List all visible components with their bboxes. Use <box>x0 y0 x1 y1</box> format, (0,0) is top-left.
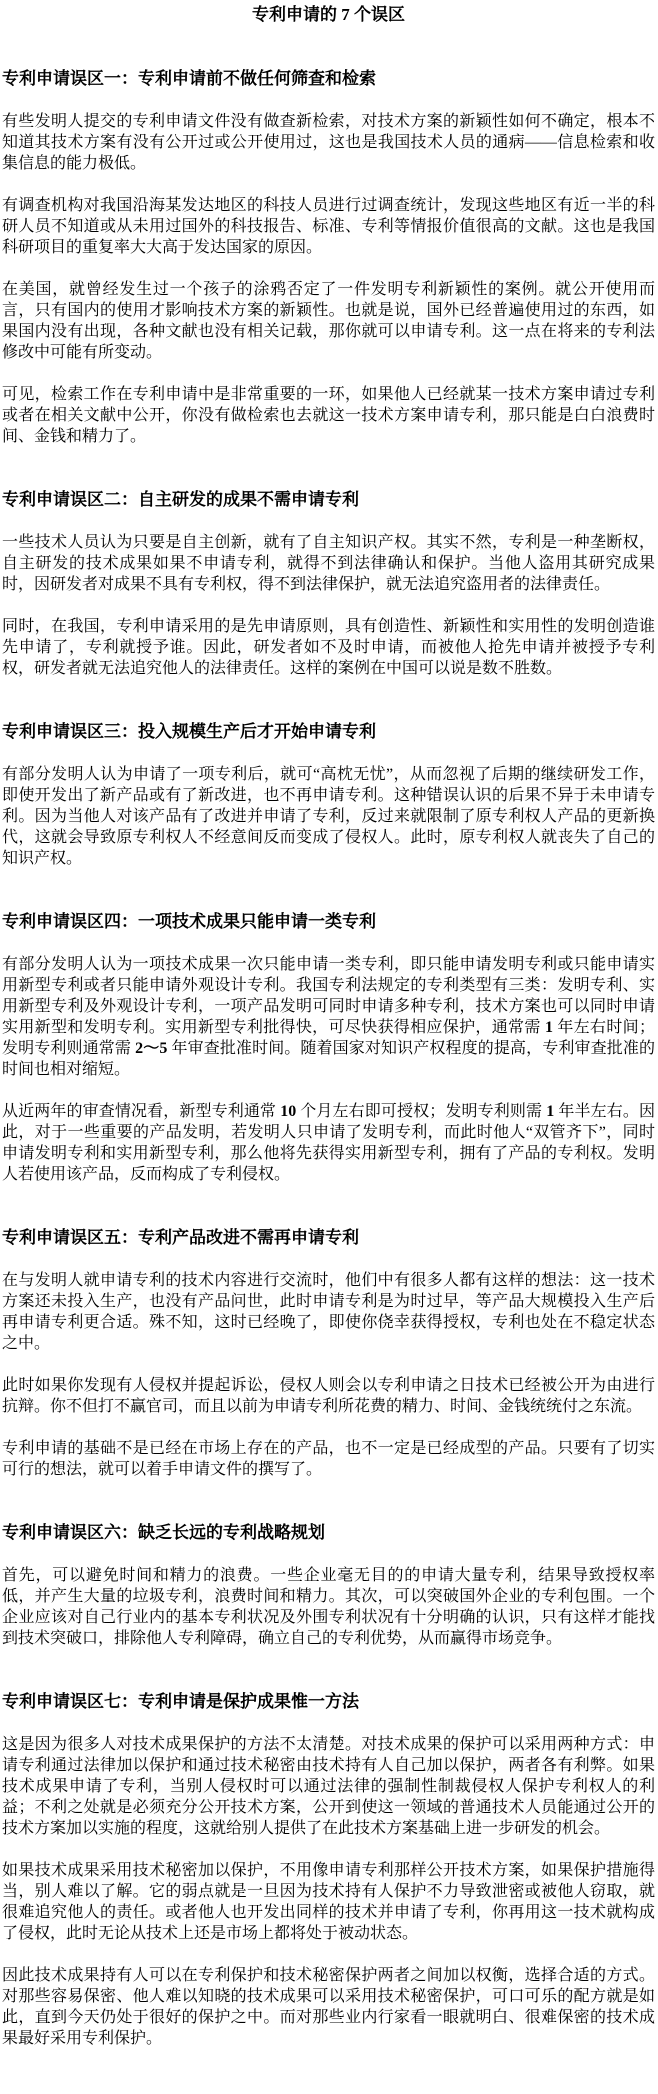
paragraph: 从近两年的审查情况看，新型专利通常 10 个月左右即可授权；发明专利则需 1 年… <box>2 1101 655 1185</box>
section-misconception-5: 专利申请误区五：专利产品改进不需再申请专利 在与发明人就申请专利的技术内容进行交… <box>2 1227 655 1480</box>
section-7-heading: 专利申请误区七：专利申请是保护成果惟一方法 <box>2 1691 655 1713</box>
section-misconception-3: 专利申请误区三：投入规模生产后才开始申请专利 有部分发明人认为申请了一项专利后，… <box>2 721 655 869</box>
paragraph: 有部分发明人认为申请了一项专利后，就可“高枕无忧”，从而忽视了后期的继续研发工作… <box>2 764 655 869</box>
paragraph: 在美国，就曾经发生过一个孩子的涂鸦否定了一件发明专利新颖性的案例。就公开使用而言… <box>2 279 655 363</box>
section-misconception-7: 专利申请误区七：专利申请是保护成果惟一方法 这是因为很多人对技术成果保护的方法不… <box>2 1691 655 2049</box>
paragraph: 有部分发明人认为一项技术成果一次只能申请一类专利，即只能申请发明专利或只能申请实… <box>2 954 655 1080</box>
number-highlight: 2～5 <box>135 1040 167 1057</box>
section-misconception-2: 专利申请误区二：自主研发的成果不需申请专利 一些技术人员认为只要是自主创新，就有… <box>2 489 655 679</box>
section-6-heading: 专利申请误区六：缺乏长远的专利战略规划 <box>2 1522 655 1544</box>
page-title: 专利申请的 7 个误区 <box>2 4 655 26</box>
paragraph: 有些发明人提交的专利申请文件没有做查新检索，对技术方案的新颖性如何不确定，根本不… <box>2 111 655 174</box>
paragraph: 如果技术成果采用技术秘密加以保护，不用像申请专利那样公开技术方案，如果保护措施得… <box>2 1860 655 1944</box>
paragraph: 一些技术人员认为只要是自主创新，就有了自主知识产权。其实不然，专利是一种垄断权，… <box>2 532 655 595</box>
section-3-heading: 专利申请误区三：投入规模生产后才开始申请专利 <box>2 721 655 743</box>
section-misconception-6: 专利申请误区六：缺乏长远的专利战略规划 首先，可以避免时间和精力的浪费。一些企业… <box>2 1522 655 1649</box>
section-5-heading: 专利申请误区五：专利产品改进不需再申请专利 <box>2 1227 655 1249</box>
section-1-heading: 专利申请误区一：专利申请前不做任何筛查和检索 <box>2 68 655 90</box>
paragraph: 可见，检索工作在专利申请中是非常重要的一环，如果他人已经就某一技术方案申请过专利… <box>2 384 655 447</box>
paragraph: 在与发明人就申请专利的技术内容进行交流时，他们中有很多人都有这样的想法：这一技术… <box>2 1270 655 1354</box>
paragraph: 因此技术成果持有人可以在专利保护和技术秘密保护两者之间加以权衡，选择合适的方式。… <box>2 1965 655 2049</box>
section-misconception-1: 专利申请误区一：专利申请前不做任何筛查和检索 有些发明人提交的专利申请文件没有做… <box>2 68 655 447</box>
section-4-heading: 专利申请误区四：一项技术成果只能申请一类专利 <box>2 911 655 933</box>
number-highlight: 1 <box>545 1019 553 1036</box>
paragraph: 有调查机构对我国沿海某发达地区的科技人员进行过调查统计，发现这些地区有近一半的科… <box>2 195 655 258</box>
paragraph: 专利申请的基础不是已经在市场上存在的产品，也不一定是已经成型的产品。只要有了切实… <box>2 1438 655 1480</box>
document: 专利申请的 7 个误区 专利申请误区一：专利申请前不做任何筛查和检索 有些发明人… <box>0 0 658 2094</box>
text-run: 个月左右即可授权；发明专利则需 <box>296 1103 546 1120</box>
section-misconception-4: 专利申请误区四：一项技术成果只能申请一类专利 有部分发明人认为一项技术成果一次只… <box>2 911 655 1185</box>
paragraph: 同时，在我国，专利申请采用的是先申请原则，具有创造性、新颖性和实用性的发明创造谁… <box>2 616 655 679</box>
paragraph: 这是因为很多人对技术成果保护的方法不太清楚。对技术成果的保护可以采用两种方式：申… <box>2 1734 655 1839</box>
text-run: 从近两年的审查情况看，新型专利通常 <box>2 1103 280 1120</box>
number-highlight: 10 <box>280 1103 296 1120</box>
paragraph: 此时如果你发现有人侵权并提起诉讼，侵权人则会以专利申请之日技术已经被公开为由进行… <box>2 1375 655 1417</box>
paragraph: 首先，可以避免时间和精力的浪费。一些企业毫无目的的申请大量专利，结果导致授权率低… <box>2 1565 655 1649</box>
section-2-heading: 专利申请误区二：自主研发的成果不需申请专利 <box>2 489 655 511</box>
